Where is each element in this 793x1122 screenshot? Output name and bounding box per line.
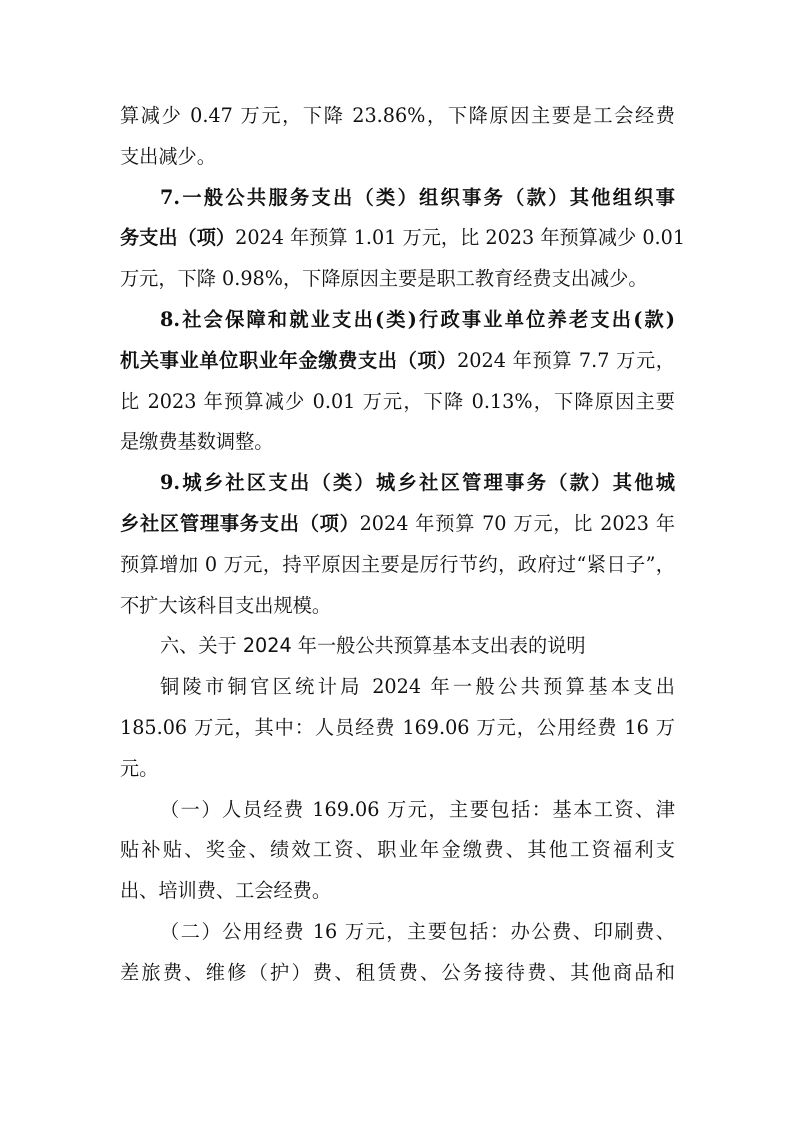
document-page: 算减少 0.47 万元，下降 23.86%，下降原因主要是工会经费 支出减少。 … [120,96,675,994]
section-heading: 六、关于 2024 年一般公共预算基本支出表的说明 [120,626,675,667]
item-heading-continued: 务支出（项） [120,226,235,249]
text-line: 支出减少。 [120,137,675,178]
text-line: 务支出（项）2024 年预算 1.01 万元，比 2023 年预算减少 0.01 [120,218,675,259]
item-heading: 8.社会保障和就业支出(类)行政事业单位养老支出(款) [120,300,675,341]
text-line: 差旅费、维修（护）费、租赁费、公务接待费、其他商品和 [120,953,675,994]
text-line: 预算增加 0 万元，持平原因主要是厉行节约，政府过“紧日子”， [120,545,675,586]
paragraph-item-9: 9.城乡社区支出（类）城乡社区管理事务（款）其他城 乡社区管理事务支出（项）20… [120,463,675,626]
item-text: 2024 年预算 7.7 万元， [457,349,675,372]
item-heading: 7.一般公共服务支出（类）组织事务（款）其他组织事 [120,178,675,219]
text-line: 185.06 万元，其中：人员经费 169.06 万元，公用经费 16 万 [120,708,675,749]
text-line: 铜陵市铜官区统计局 2024 年一般公共预算基本支出 [120,667,675,708]
paragraph-personnel-expenses: （一）人员经费 169.06 万元，主要包括：基本工资、津 贴补贴、奖金、绩效工… [120,790,675,912]
paragraph-public-expenses: （二）公用经费 16 万元，主要包括：办公费、印刷费、 差旅费、维修（护）费、租… [120,912,675,994]
paragraph-item-7: 7.一般公共服务支出（类）组织事务（款）其他组织事 务支出（项）2024 年预算… [120,178,675,300]
text-line: 不扩大该科目支出规模。 [120,586,675,627]
item-text: 2024 年预算 70 万元，比 2023 年 [360,512,675,535]
text-line: （一）人员经费 169.06 万元，主要包括：基本工资、津 [120,790,675,831]
item-heading: 9.城乡社区支出（类）城乡社区管理事务（款）其他城 [120,463,675,504]
text-line: 出、培训费、工会经费。 [120,871,675,912]
text-line: 元。 [120,749,675,790]
item-heading-continued: 机关事业单位职业年金缴费支出（项） [120,349,457,372]
text-line: 比 2023 年预算减少 0.01 万元，下降 0.13%，下降原因主要 [120,382,675,423]
paragraph-item-8: 8.社会保障和就业支出(类)行政事业单位养老支出(款) 机关事业单位职业年金缴费… [120,300,675,463]
paragraph-basic-expenditure-summary: 铜陵市铜官区统计局 2024 年一般公共预算基本支出 185.06 万元，其中：… [120,667,675,789]
paragraph-union-fee-tail: 算减少 0.47 万元，下降 23.86%，下降原因主要是工会经费 支出减少。 [120,96,675,178]
text-line: 算减少 0.47 万元，下降 23.86%，下降原因主要是工会经费 [120,96,675,137]
text-line: 机关事业单位职业年金缴费支出（项）2024 年预算 7.7 万元， [120,341,675,382]
item-heading-continued: 乡社区管理事务支出（项） [120,512,360,535]
item-text: 2024 年预算 1.01 万元，比 2023 年预算减少 0.01 [235,226,685,249]
text-line: 是缴费基数调整。 [120,422,675,463]
text-line: （二）公用经费 16 万元，主要包括：办公费、印刷费、 [120,912,675,953]
text-line: 万元，下降 0.98%，下降原因主要是职工教育经费支出减少。 [120,259,675,300]
text-line: 乡社区管理事务支出（项）2024 年预算 70 万元，比 2023 年 [120,504,675,545]
text-line: 贴补贴、奖金、绩效工资、职业年金缴费、其他工资福利支 [120,830,675,871]
